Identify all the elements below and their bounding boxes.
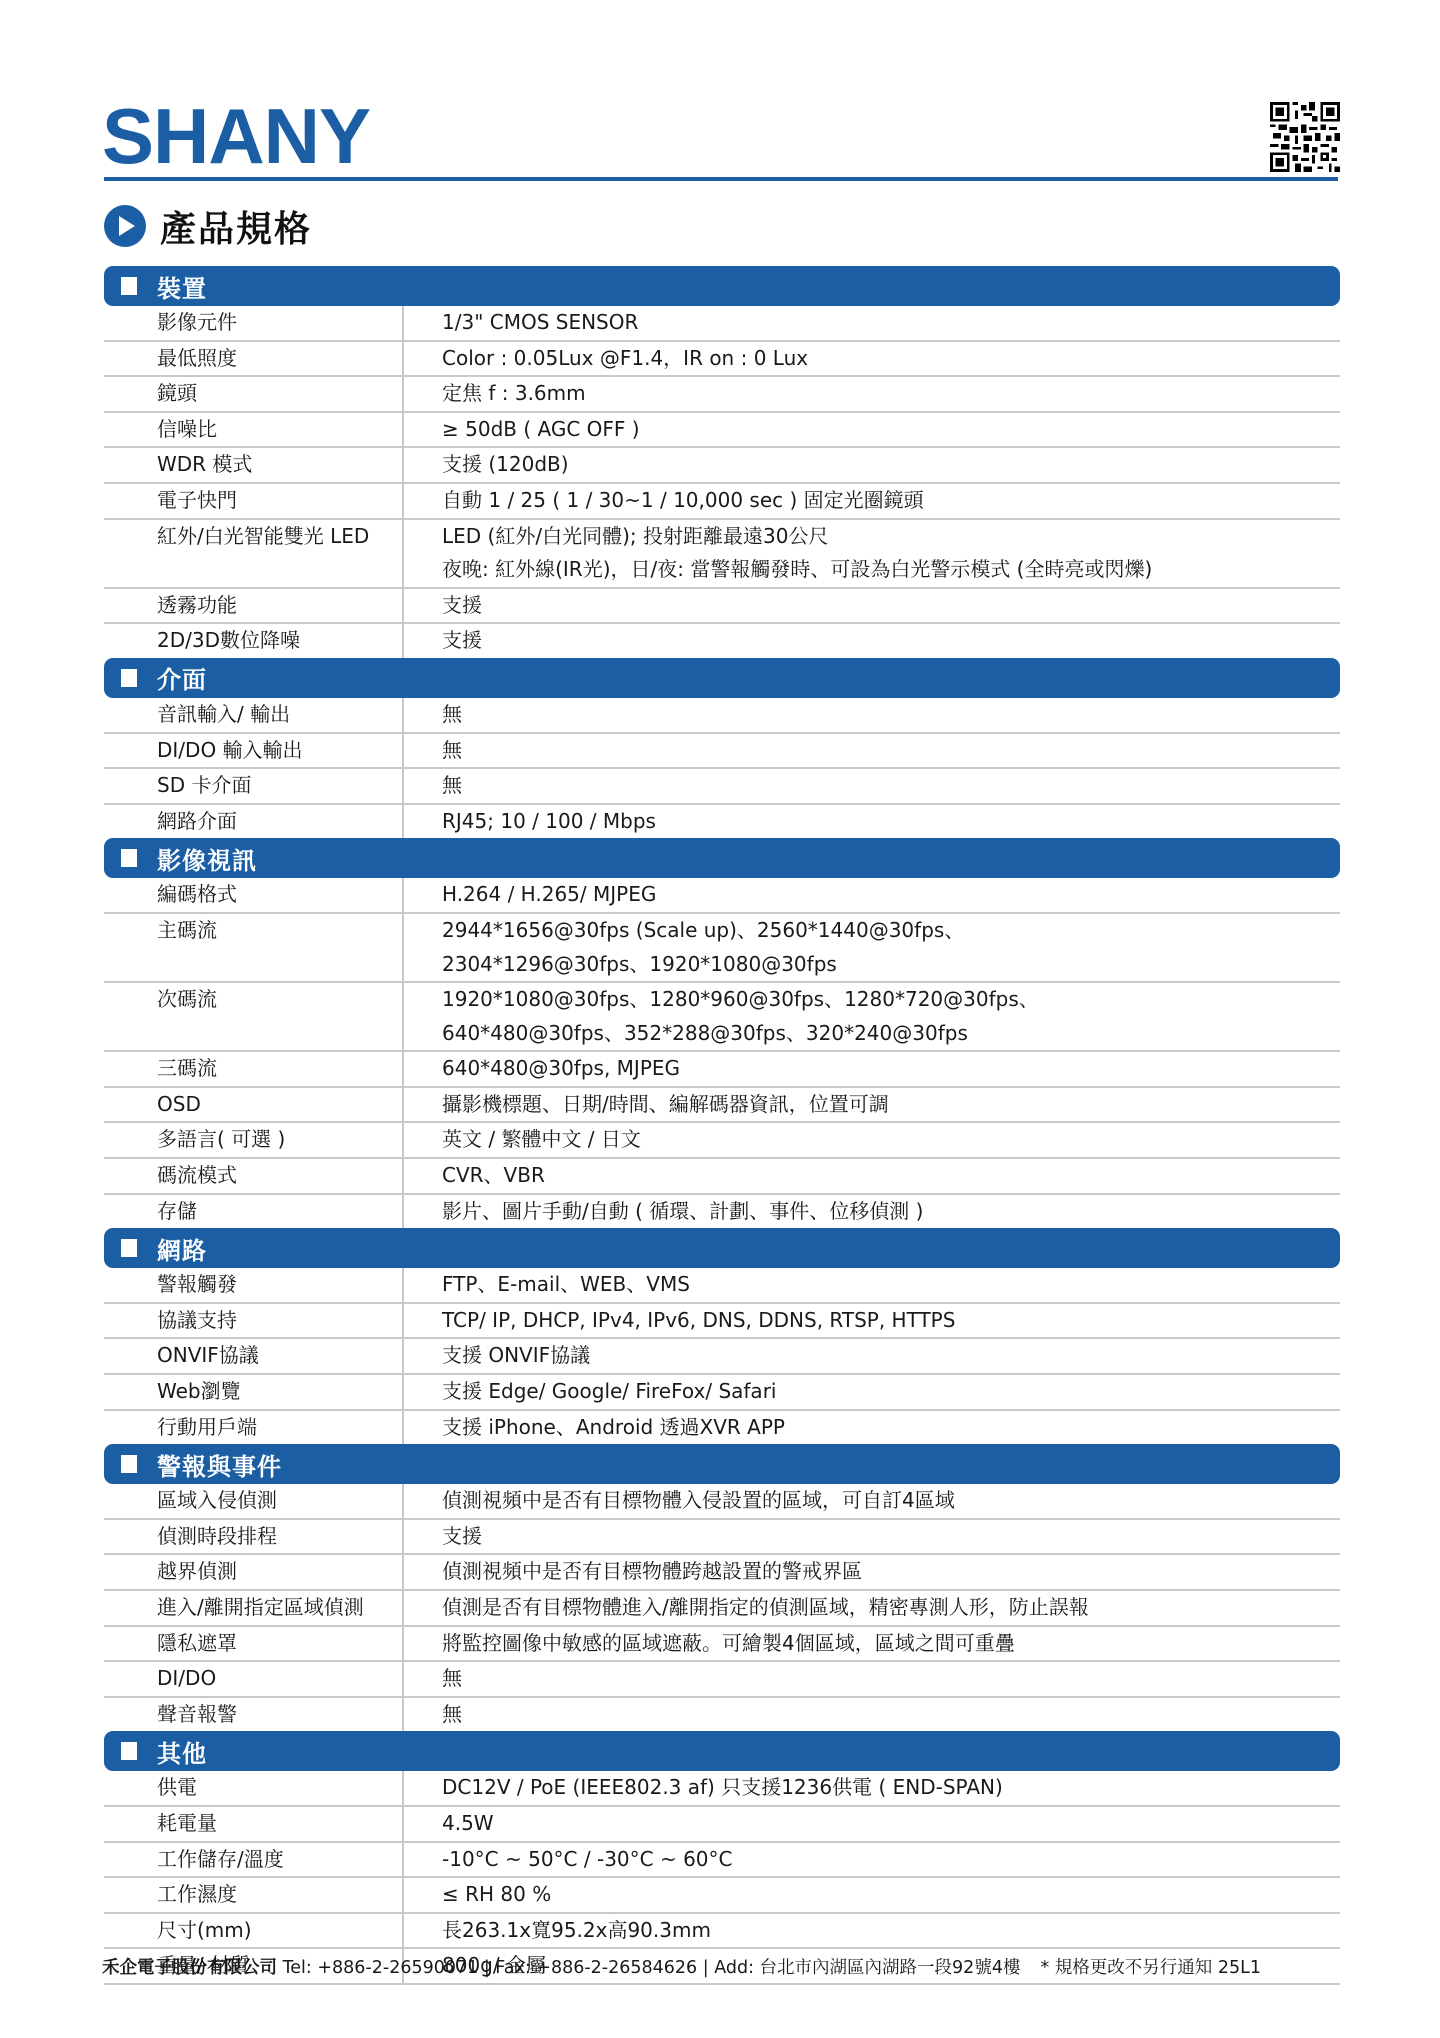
header-rule [104, 177, 1338, 181]
section-header: 警報與事件 [104, 1444, 1340, 1484]
spec-value: ≥ 50dB ( AGC OFF ) [404, 413, 1340, 447]
square-bullet-icon [121, 1239, 137, 1257]
spec-value-line: 英文 / 繁體中文 / 日文 [442, 1123, 1340, 1157]
spec-row: WDR 模式支援 (120dB) [104, 448, 1340, 484]
spec-row: 進入/離開指定區域偵測偵測是否有目標物體進入/離開指定的偵測區域，精密專測人形，… [104, 1591, 1340, 1627]
spec-value-line: 夜晚: 紅外線(IR光)，日/夜: 當警報觸發時、可設為白光警示模式 (全時亮或… [442, 553, 1340, 587]
spec-value: 支援 iPhone、Android 透過XVR APP [404, 1411, 1340, 1445]
spec-value: 640*480@30fps, MJPEG [404, 1052, 1340, 1086]
spec-value: CVR、VBR [404, 1159, 1340, 1193]
spec-value: 支援 [404, 589, 1340, 623]
spec-label: 行動用戶端 [104, 1411, 404, 1445]
spec-label: 多語言( 可選 ) [104, 1123, 404, 1157]
spec-row: 多語言( 可選 )英文 / 繁體中文 / 日文 [104, 1123, 1340, 1159]
spec-value-line: 無 [442, 734, 1340, 768]
spec-label: 電子快門 [104, 484, 404, 518]
spec-value-line: 無 [442, 1662, 1340, 1696]
spec-value: 無 [404, 1698, 1340, 1732]
spec-value: 偵測視頻中是否有目標物體入侵設置的區域，可自訂4區域 [404, 1484, 1340, 1518]
spec-row: 警報觸發FTP、E-mail、WEB、VMS [104, 1268, 1340, 1304]
spec-row: 行動用戶端支援 iPhone、Android 透過XVR APP [104, 1411, 1340, 1445]
spec-label: 三碼流 [104, 1052, 404, 1086]
spec-label: 尺寸(mm) [104, 1914, 404, 1948]
square-bullet-icon [121, 1742, 137, 1760]
spec-value-line: 支援 Edge/ Google/ FireFox/ Safari [442, 1375, 1340, 1409]
spec-label: 碼流模式 [104, 1159, 404, 1193]
spec-value-line: 偵測視頻中是否有目標物體入侵設置的區域，可自訂4區域 [442, 1484, 1340, 1518]
spec-row: 工作濕度≤ RH 80 % [104, 1878, 1340, 1914]
spec-value: ≤ RH 80 % [404, 1878, 1340, 1912]
qr-code-icon [1270, 102, 1340, 172]
spec-value-line: 無 [442, 769, 1340, 803]
section-title: 介面 [157, 660, 207, 695]
spec-value-line: 2304*1296@30fps、1920*1080@30fps [442, 948, 1340, 982]
page-title-text: 產品規格 [160, 201, 312, 252]
spec-label: Web瀏覽 [104, 1375, 404, 1409]
spec-label: 隱私遮罩 [104, 1627, 404, 1661]
spec-label: 音訊輸入/ 輸出 [104, 698, 404, 732]
spec-value: TCP/ IP, DHCP, IPv4, IPv6, DNS, DDNS, RT… [404, 1304, 1340, 1338]
spec-row: 三碼流640*480@30fps, MJPEG [104, 1052, 1340, 1088]
section-header: 介面 [104, 658, 1340, 698]
spec-row: 次碼流1920*1080@30fps、1280*960@30fps、1280*7… [104, 983, 1340, 1052]
section-title: 其他 [157, 1734, 207, 1769]
spec-value: FTP、E-mail、WEB、VMS [404, 1268, 1340, 1302]
spec-label: 存儲 [104, 1195, 404, 1229]
spec-value-line: 偵測視頻中是否有目標物體跨越設置的警戒界區 [442, 1555, 1340, 1589]
spec-row: 編碼格式H.264 / H.265/ MJPEG [104, 878, 1340, 914]
spec-value-line: 支援 ONVIF協議 [442, 1339, 1340, 1373]
spec-row: 供電DC12V / PoE (IEEE802.3 af) 只支援1236供電 (… [104, 1771, 1340, 1807]
spec-label: 偵測時段排程 [104, 1520, 404, 1554]
spec-value: Color : 0.05Lux @F1.4，IR on : 0 Lux [404, 342, 1340, 376]
spec-label: 影像元件 [104, 306, 404, 340]
spec-row: 偵測時段排程支援 [104, 1520, 1340, 1556]
footer-contact: Tel: +886-2-26590071 | Fax: +886-2-26584… [277, 1958, 1020, 1978]
spec-value-line: 支援 [442, 624, 1340, 658]
spec-row: 協議支持TCP/ IP, DHCP, IPv4, IPv6, DNS, DDNS… [104, 1304, 1340, 1340]
spec-row: 2D/3D數位降噪支援 [104, 624, 1340, 658]
spec-label: SD 卡介面 [104, 769, 404, 803]
footer: 禾企電子股份有限公司 Tel: +886-2-26590071 | Fax: +… [102, 1954, 1261, 1979]
section-header: 裝置 [104, 266, 1340, 306]
spec-value: 1/3" CMOS SENSOR [404, 306, 1340, 340]
square-bullet-icon [121, 277, 137, 295]
spec-value: 長263.1x寬95.2x高90.3mm [404, 1914, 1340, 1948]
spec-value: 支援 [404, 624, 1340, 658]
spec-value-line: DC12V / PoE (IEEE802.3 af) 只支援1236供電 ( E… [442, 1771, 1340, 1805]
spec-value-line: LED (紅外/白光同體); 投射距離最遠30公尺 [442, 520, 1340, 554]
spec-value-line: 640*480@30fps、352*288@30fps、320*240@30fp… [442, 1017, 1340, 1051]
square-bullet-icon [121, 849, 137, 867]
spec-row: 耗電量4.5W [104, 1807, 1340, 1843]
section-title: 影像視訊 [157, 841, 257, 876]
spec-value-line: 影片、圖片手動/自動 ( 循環、計劃、事件、位移偵測 ) [442, 1195, 1340, 1229]
spec-value: -10°C ~ 50°C / -30°C ~ 60°C [404, 1843, 1340, 1877]
spec-label: WDR 模式 [104, 448, 404, 482]
spec-value-line: ≥ 50dB ( AGC OFF ) [442, 413, 1340, 447]
spec-value: 無 [404, 734, 1340, 768]
spec-value-line: 1/3" CMOS SENSOR [442, 306, 1340, 340]
spec-value-line: H.264 / H.265/ MJPEG [442, 878, 1340, 912]
spec-value-line: CVR、VBR [442, 1159, 1340, 1193]
spec-label: 2D/3D數位降噪 [104, 624, 404, 658]
spec-label: 耗電量 [104, 1807, 404, 1841]
spec-value: 英文 / 繁體中文 / 日文 [404, 1123, 1340, 1157]
spec-label: 工作濕度 [104, 1878, 404, 1912]
spec-value: 支援 (120dB) [404, 448, 1340, 482]
spec-value: LED (紅外/白光同體); 投射距離最遠30公尺夜晚: 紅外線(IR光)，日/… [404, 520, 1340, 587]
spec-value-line: FTP、E-mail、WEB、VMS [442, 1268, 1340, 1302]
spec-row: 隱私遮罩將監控圖像中敏感的區域遮蔽。可繪製4個區域，區域之間可重疊 [104, 1627, 1340, 1663]
spec-value-line: 攝影機標題、日期/時間、編解碼器資訊，位置可調 [442, 1088, 1340, 1122]
spec-value: 偵測是否有目標物體進入/離開指定的偵測區域，精密專測人形，防止誤報 [404, 1591, 1340, 1625]
spec-label: OSD [104, 1088, 404, 1122]
spec-value: 定焦 f : 3.6mm [404, 377, 1340, 411]
spec-label: 透霧功能 [104, 589, 404, 623]
spec-value-line: 支援 (120dB) [442, 448, 1340, 482]
spec-label: 聲音報警 [104, 1698, 404, 1732]
spec-value-line: 640*480@30fps, MJPEG [442, 1052, 1340, 1086]
spec-row: 最低照度Color : 0.05Lux @F1.4，IR on : 0 Lux [104, 342, 1340, 378]
section-title: 警報與事件 [157, 1447, 282, 1482]
section-header: 網路 [104, 1228, 1340, 1268]
spec-row: ONVIF協議支援 ONVIF協議 [104, 1339, 1340, 1375]
spec-value-line: 2944*1656@30fps (Scale up)、2560*1440@30f… [442, 914, 1340, 948]
spec-value: 支援 ONVIF協議 [404, 1339, 1340, 1373]
spec-row: OSD攝影機標題、日期/時間、編解碼器資訊，位置可調 [104, 1088, 1340, 1124]
spec-value-line: 支援 [442, 589, 1340, 623]
spec-value: 攝影機標題、日期/時間、編解碼器資訊，位置可調 [404, 1088, 1340, 1122]
spec-value: 自動 1 / 25 ( 1 / 30~1 / 10,000 sec ) 固定光圈… [404, 484, 1340, 518]
spec-label: 進入/離開指定區域偵測 [104, 1591, 404, 1625]
spec-value-line: 將監控圖像中敏感的區域遮蔽。可繪製4個區域，區域之間可重疊 [442, 1627, 1340, 1661]
spec-row: 透霧功能支援 [104, 589, 1340, 625]
spec-row: DI/DO 輸入輸出無 [104, 734, 1340, 770]
spec-label: 編碼格式 [104, 878, 404, 912]
spec-row: 紅外/白光智能雙光 LEDLED (紅外/白光同體); 投射距離最遠30公尺夜晚… [104, 520, 1340, 589]
spec-value-line: 支援 iPhone、Android 透過XVR APP [442, 1411, 1340, 1445]
section-header: 影像視訊 [104, 838, 1340, 878]
spec-value: DC12V / PoE (IEEE802.3 af) 只支援1236供電 ( E… [404, 1771, 1340, 1805]
spec-value-line: 自動 1 / 25 ( 1 / 30~1 / 10,000 sec ) 固定光圈… [442, 484, 1340, 518]
spec-value-line: 無 [442, 698, 1340, 732]
spec-table: 裝置影像元件1/3" CMOS SENSOR最低照度Color : 0.05Lu… [104, 266, 1340, 1985]
spec-value-line: 長263.1x寬95.2x高90.3mm [442, 1914, 1340, 1948]
spec-value: 無 [404, 698, 1340, 732]
spec-label: 紅外/白光智能雙光 LED [104, 520, 404, 587]
spec-value: 支援 Edge/ Google/ FireFox/ Safari [404, 1375, 1340, 1409]
spec-value-line: RJ45; 10 / 100 / Mbps [442, 805, 1340, 839]
spec-value: 1920*1080@30fps、1280*960@30fps、1280*720@… [404, 983, 1340, 1050]
spec-value-line: 支援 [442, 1520, 1340, 1554]
spec-value-line: TCP/ IP, DHCP, IPv4, IPv6, DNS, DDNS, RT… [442, 1304, 1340, 1338]
spec-value-line: 定焦 f : 3.6mm [442, 377, 1340, 411]
spec-row: 電子快門自動 1 / 25 ( 1 / 30~1 / 10,000 sec ) … [104, 484, 1340, 520]
play-circle-icon [104, 205, 146, 247]
spec-label: 工作儲存/溫度 [104, 1843, 404, 1877]
spec-value: 偵測視頻中是否有目標物體跨越設置的警戒界區 [404, 1555, 1340, 1589]
spec-row: 工作儲存/溫度-10°C ~ 50°C / -30°C ~ 60°C [104, 1843, 1340, 1879]
spec-row: 區域入侵偵測偵測視頻中是否有目標物體入侵設置的區域，可自訂4區域 [104, 1484, 1340, 1520]
spec-value: H.264 / H.265/ MJPEG [404, 878, 1340, 912]
footer-company: 禾企電子股份有限公司 [102, 1958, 277, 1978]
spec-label: 信噪比 [104, 413, 404, 447]
spec-label: 供電 [104, 1771, 404, 1805]
spec-value-line: 1920*1080@30fps、1280*960@30fps、1280*720@… [442, 983, 1340, 1017]
spec-row: Web瀏覽支援 Edge/ Google/ FireFox/ Safari [104, 1375, 1340, 1411]
spec-row: 音訊輸入/ 輸出無 [104, 698, 1340, 734]
spec-row: 影像元件1/3" CMOS SENSOR [104, 306, 1340, 342]
spec-value-line: ≤ RH 80 % [442, 1878, 1340, 1912]
spec-label: DI/DO [104, 1662, 404, 1696]
spec-label: 協議支持 [104, 1304, 404, 1338]
spec-row: SD 卡介面無 [104, 769, 1340, 805]
spec-value: 無 [404, 769, 1340, 803]
spec-label: 最低照度 [104, 342, 404, 376]
spec-row: 網路介面RJ45; 10 / 100 / Mbps [104, 805, 1340, 839]
spec-row: 碼流模式CVR、VBR [104, 1159, 1340, 1195]
spec-label: 次碼流 [104, 983, 404, 1050]
spec-value: RJ45; 10 / 100 / Mbps [404, 805, 1340, 839]
square-bullet-icon [121, 1455, 137, 1473]
spec-row: 存儲影片、圖片手動/自動 ( 循環、計劃、事件、位移偵測 ) [104, 1195, 1340, 1229]
brand-logo: SHANY [102, 96, 370, 176]
square-bullet-icon [121, 669, 137, 687]
spec-value: 支援 [404, 1520, 1340, 1554]
spec-value-line: 無 [442, 1698, 1340, 1732]
spec-row: 越界偵測偵測視頻中是否有目標物體跨越設置的警戒界區 [104, 1555, 1340, 1591]
spec-value-line: 4.5W [442, 1807, 1340, 1841]
spec-label: 網路介面 [104, 805, 404, 839]
spec-value-line: 偵測是否有目標物體進入/離開指定的偵測區域，精密專測人形，防止誤報 [442, 1591, 1340, 1625]
spec-value: 無 [404, 1662, 1340, 1696]
section-title: 裝置 [157, 269, 207, 304]
spec-label: ONVIF協議 [104, 1339, 404, 1373]
section-header: 其他 [104, 1731, 1340, 1771]
spec-label: 鏡頭 [104, 377, 404, 411]
spec-row: DI/DO無 [104, 1662, 1340, 1698]
spec-label: 區域入侵偵測 [104, 1484, 404, 1518]
page-title: 產品規格 [104, 203, 312, 249]
spec-value-line: Color : 0.05Lux @F1.4，IR on : 0 Lux [442, 342, 1340, 376]
footer-note: * 規格更改不另行通知 25L1 [1040, 1958, 1261, 1978]
spec-label: 越界偵測 [104, 1555, 404, 1589]
spec-row: 信噪比≥ 50dB ( AGC OFF ) [104, 413, 1340, 449]
spec-row: 尺寸(mm)長263.1x寬95.2x高90.3mm [104, 1914, 1340, 1950]
spec-value: 影片、圖片手動/自動 ( 循環、計劃、事件、位移偵測 ) [404, 1195, 1340, 1229]
spec-label: 主碼流 [104, 914, 404, 981]
spec-label: 警報觸發 [104, 1268, 404, 1302]
spec-row: 鏡頭定焦 f : 3.6mm [104, 377, 1340, 413]
spec-row: 主碼流2944*1656@30fps (Scale up)、2560*1440@… [104, 914, 1340, 983]
spec-value: 4.5W [404, 1807, 1340, 1841]
section-title: 網路 [157, 1231, 207, 1266]
spec-value: 將監控圖像中敏感的區域遮蔽。可繪製4個區域，區域之間可重疊 [404, 1627, 1340, 1661]
spec-row: 聲音報警無 [104, 1698, 1340, 1732]
spec-value: 2944*1656@30fps (Scale up)、2560*1440@30f… [404, 914, 1340, 981]
spec-value-line: -10°C ~ 50°C / -30°C ~ 60°C [442, 1843, 1340, 1877]
spec-label: DI/DO 輸入輸出 [104, 734, 404, 768]
